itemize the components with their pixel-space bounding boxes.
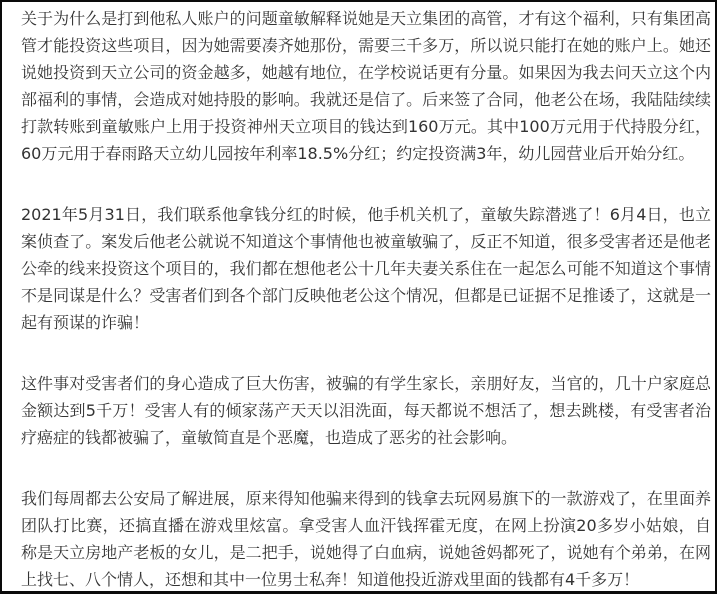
document-frame: 关于为什么是打到他私人账户的问题童敏解释说她是天立集团的高管，才有这个福利，只有… <box>0 0 717 594</box>
text-line: 管才能投资这些项目，因为她需要凑齐她那份，需要三千多万，所以说只能打在她的账户上… <box>21 32 711 59</box>
text-line: 说她投资到天立公司的资金越多，她越有地位，在学校说话更有分量。如果因为我去问天立… <box>21 59 711 86</box>
text-line: 2021年5月31日，我们联系他拿钱分红的时候，他手机关机了，童敏失踪潜逃了！6… <box>21 201 711 228</box>
paragraph-victim-impact: 这件事对受害者们的身心造成了巨大伤害，被骗的有学生家长，亲朋好友，当官的，几十户… <box>21 370 711 451</box>
text-line: 打款转账到童敏账户上用于投资神州天立项目的钱达到160万元。其中100万元用于代… <box>21 113 711 140</box>
document-body: 关于为什么是打到他私人账户的问题童敏解释说她是天立集团的高管，才有这个福利，只有… <box>2 2 715 593</box>
paragraph-disappearance-case: 2021年5月31日，我们联系他拿钱分红的时候，他手机关机了，童敏失踪潜逃了！6… <box>21 201 711 336</box>
text-line: 团队打比赛，还搞直播在游戏里炫富。拿受害人血汗钱挥霍无度，在网上扮演20多岁小姑… <box>21 512 711 539</box>
text-line: 金额达到5千万！受害人有的倾家荡产天天以泪洗面，每天都说不想活了，想去跳楼，有受… <box>21 397 711 424</box>
text-line: 疗癌症的钱都被骗了，童敏简直是个恶魔，也造成了恶劣的社会影响。 <box>21 424 711 451</box>
text-line: 这件事对受害者们的身心造成了巨大伤害，被骗的有学生家长，亲朋好友，当官的，几十户… <box>21 370 711 397</box>
paragraph-police-findings: 我们每周都去公安局了解进展，原来得知他骗来得到的钱拿去玩网易旗下的一款游戏了，在… <box>21 485 711 593</box>
text-line: 关于为什么是打到他私人账户的问题童敏解释说她是天立集团的高管，才有这个福利，只有… <box>21 5 711 32</box>
text-line: 部福利的事情，会造成对她持股的影响。我就还是信了。后来签了合同，他老公在场，我陆… <box>21 86 711 113</box>
text-line: 案侦查了。案发后他老公就说不知道这个事情他也被童敏骗了，反正不知道，很多受害者还… <box>21 228 711 255</box>
text-line: 不是同谋是什么？受害者们到各个部门反映他老公这个情况，但都是已证据不足推诿了，这… <box>21 282 711 309</box>
paragraph-investment-explanation: 关于为什么是打到他私人账户的问题童敏解释说她是天立集团的高管，才有这个福利，只有… <box>21 5 711 167</box>
text-line: 60万元用于春雨路天立幼儿园按年利率18.5%分红；约定投资满3年，幼儿园营业后… <box>21 140 711 167</box>
text-line: 称是天立房地产老板的女儿，是二把手，说她得了白血病，说她爸妈都死了，说她有个弟弟… <box>21 539 711 566</box>
text-line: 上找七、八个情人，还想和其中一位男士私奔！知道他投近游戏里面的钱都有4千多万！ <box>21 566 711 593</box>
text-line: 我们每周都去公安局了解进展，原来得知他骗来得到的钱拿去玩网易旗下的一款游戏了，在… <box>21 485 711 512</box>
text-line: 起有预谋的诈骗！ <box>21 309 711 336</box>
text-line: 公牵的线来投资这个项目的，我们都在想他老公十几年夫妻关系住在一起怎么可能不知道这… <box>21 255 711 282</box>
